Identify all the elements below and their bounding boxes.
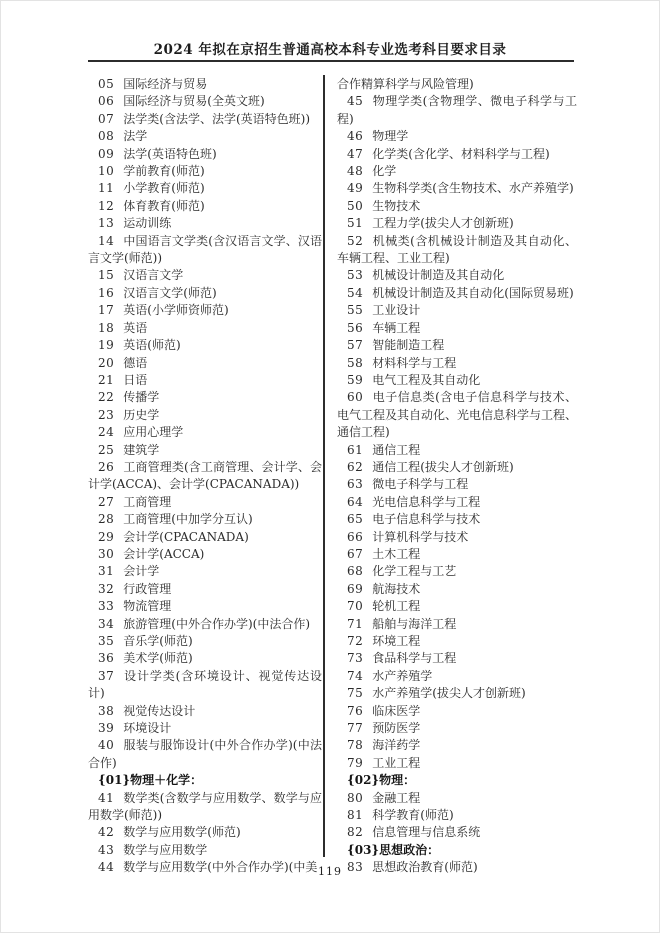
major-number: 05: [98, 77, 114, 91]
major-name: 服装与服饰设计(中外合作办学)(中法合作): [88, 738, 322, 769]
major-name: 汉语言文学: [123, 268, 183, 282]
major-item: 79工业工程: [337, 755, 577, 772]
major-item: 77预防医学: [337, 720, 577, 737]
major-item: 52机械类(含机械设计制造及其自动化、车辆工程、工业工程): [337, 233, 577, 268]
major-name: 会计学: [123, 564, 159, 578]
major-number: 50: [347, 199, 363, 213]
major-name: 国际经济与贸易: [123, 77, 207, 91]
major-item: 12体育教育(师范): [88, 198, 322, 215]
major-name: 海洋药学: [372, 738, 420, 752]
major-item: 14中国语言文学类(含汉语言文学、汉语言文学(师范)): [88, 233, 322, 268]
major-number: 29: [98, 530, 114, 544]
major-name: 微电子科学与工程: [372, 477, 468, 491]
major-name: 旅游管理(中外合作办学)(中法合作): [123, 617, 310, 631]
major-number: 34: [98, 617, 114, 631]
major-item: 74水产养殖学: [337, 668, 577, 685]
right-column: 合作精算科学与风险管理)45物理学类(含物理学、微电子科学与工程)46物理学47…: [337, 76, 577, 877]
major-item: 38视觉传达设计: [88, 703, 322, 720]
major-number: 60: [347, 390, 363, 404]
major-number: 49: [347, 181, 363, 195]
major-name: 工业设计: [372, 303, 420, 317]
major-item: 29会计学(CPACANADA): [88, 529, 322, 546]
major-item: 49生物科学类(含生物技术、水产养殖学): [337, 180, 577, 197]
major-name: 通信工程(拔尖人才创新班): [372, 460, 513, 474]
major-item: 13运动训练: [88, 215, 322, 232]
major-name: 建筑学: [123, 443, 159, 457]
major-number: 32: [98, 582, 114, 596]
major-number: 14: [98, 234, 114, 248]
major-item: 68化学工程与工艺: [337, 563, 577, 580]
major-number: 63: [347, 477, 363, 491]
major-name: 应用心理学: [123, 425, 183, 439]
major-number: 46: [347, 129, 363, 143]
major-name: 机械设计制造及其自动化: [372, 268, 504, 282]
major-number: 08: [98, 129, 114, 143]
major-item: 60电子信息类(含电子信息科学与技术、电气工程及其自动化、光电信息科学与工程、通…: [337, 389, 577, 441]
major-item: 56车辆工程: [337, 320, 577, 337]
major-item: 62通信工程(拔尖人才创新班): [337, 459, 577, 476]
major-number: 74: [347, 669, 363, 683]
major-name: 环境设计: [123, 721, 171, 735]
major-name: 科学教育(师范): [372, 808, 453, 822]
major-number: 38: [98, 704, 114, 718]
major-item: 41数学类(含数学与应用数学、数学与应用数学(师范)): [88, 790, 322, 825]
section-header: {03}思想政治：: [337, 842, 577, 859]
major-item: 81科学教育(师范): [337, 807, 577, 824]
major-number: 72: [347, 634, 363, 648]
major-number: 79: [347, 756, 363, 770]
major-item: 55工业设计: [337, 302, 577, 319]
major-number: 25: [98, 443, 114, 457]
major-item: 50生物技术: [337, 198, 577, 215]
major-name: 通信工程: [372, 443, 420, 457]
major-item: 78海洋药学: [337, 737, 577, 754]
major-item: 06国际经济与贸易(全英文班): [88, 93, 322, 110]
major-item: 75水产养殖学(拔尖人才创新班): [337, 685, 577, 702]
major-item: 20德语: [88, 355, 322, 372]
major-number: 47: [347, 147, 363, 161]
major-name: 汉语言文学(师范): [123, 286, 216, 300]
major-name: 学前教育(师范): [123, 164, 204, 178]
major-number: 17: [98, 303, 114, 317]
major-name: 环境工程: [372, 634, 420, 648]
major-item: 72环境工程: [337, 633, 577, 650]
major-item: 28工商管理(中加学分互认): [88, 511, 322, 528]
major-number: 58: [347, 356, 363, 370]
major-name: 法学: [123, 129, 147, 143]
major-number: 51: [347, 216, 363, 230]
major-number: 27: [98, 495, 114, 509]
major-name: 日语: [123, 373, 147, 387]
major-item: 47化学类(含化学、材料科学与工程): [337, 146, 577, 163]
major-number: 82: [347, 825, 363, 839]
major-number: 10: [98, 164, 114, 178]
major-name: 水产养殖学: [372, 669, 432, 683]
major-name: 机械类(含机械设计制造及其自动化、车辆工程、工业工程): [337, 234, 577, 265]
major-number: 65: [347, 512, 363, 526]
major-name: 金融工程: [372, 791, 420, 805]
major-name: 电气工程及其自动化: [372, 373, 480, 387]
major-number: 28: [98, 512, 114, 526]
major-name: 会计学(CPACANADA): [123, 530, 249, 544]
major-name: 机械设计制造及其自动化(国际贸易班): [372, 286, 573, 300]
major-item: 30会计学(ACCA): [88, 546, 322, 563]
major-name: 预防医学: [372, 721, 420, 735]
major-number: 16: [98, 286, 114, 300]
major-number: 73: [347, 651, 363, 665]
major-name: 生物科学类(含生物技术、水产养殖学): [372, 181, 573, 195]
major-name: 法学(英语特色班): [123, 147, 216, 161]
major-name: 工商管理(中加学分互认): [123, 512, 252, 526]
major-item: 23历史学: [88, 407, 322, 424]
major-item: 24应用心理学: [88, 424, 322, 441]
major-item: 09法学(英语特色班): [88, 146, 322, 163]
major-name: 船舶与海洋工程: [372, 617, 456, 631]
major-item: 35音乐学(师范): [88, 633, 322, 650]
column-divider: [323, 75, 325, 857]
major-number: 36: [98, 651, 114, 665]
major-number: 20: [98, 356, 114, 370]
major-number: 11: [98, 181, 114, 195]
major-item: 16汉语言文学(师范): [88, 285, 322, 302]
major-number: 22: [98, 390, 114, 404]
major-number: 33: [98, 599, 114, 613]
major-number: 48: [347, 164, 363, 178]
major-item: 40服装与服饰设计(中外合作办学)(中法合作): [88, 737, 322, 772]
major-number: 66: [347, 530, 363, 544]
major-name: 运动训练: [123, 216, 171, 230]
major-number: 15: [98, 268, 114, 282]
major-item: 46物理学: [337, 128, 577, 145]
major-item: 70轮机工程: [337, 598, 577, 615]
major-number: 09: [98, 147, 114, 161]
major-number: 80: [347, 791, 363, 805]
major-name: 物理学类(含物理学、微电子科学与工程): [337, 94, 577, 125]
major-item: 59电气工程及其自动化: [337, 372, 577, 389]
major-number: 26: [98, 460, 114, 474]
major-number: 31: [98, 564, 114, 578]
major-item: 69航海技术: [337, 581, 577, 598]
major-item: 36美术学(师范): [88, 650, 322, 667]
major-name: 临床医学: [372, 704, 420, 718]
major-item: 18英语: [88, 320, 322, 337]
major-number: 68: [347, 564, 363, 578]
major-item: 07法学类(含法学、法学(英语特色班)): [88, 111, 322, 128]
major-item: 67土木工程: [337, 546, 577, 563]
major-name: 物理学: [372, 129, 408, 143]
major-number: 54: [347, 286, 363, 300]
major-name: 工程力学(拔尖人才创新班): [372, 216, 513, 230]
major-number: 39: [98, 721, 114, 735]
major-item: 19英语(师范): [88, 337, 322, 354]
major-number: 23: [98, 408, 114, 422]
major-item: 53机械设计制造及其自动化: [337, 267, 577, 284]
major-name: 土木工程: [372, 547, 420, 561]
major-number: 53: [347, 268, 363, 282]
major-name: 工商管理类(含工商管理、会计学、会计学(ACCA)、会计学(CPACANADA)…: [88, 460, 322, 491]
major-name: 电子信息类(含电子信息科学与技术、电气工程及其自动化、光电信息科学与工程、通信工…: [337, 390, 577, 439]
major-name: 化学类(含化学、材料科学与工程): [372, 147, 549, 161]
major-item: 63微电子科学与工程: [337, 476, 577, 493]
major-item: 51工程力学(拔尖人才创新班): [337, 215, 577, 232]
major-name: 设计学类(含环境设计、视觉传达设计): [88, 669, 322, 700]
major-number: 18: [98, 321, 114, 335]
major-number: 42: [98, 825, 114, 839]
major-item: 22传播学: [88, 389, 322, 406]
major-name: 音乐学(师范): [123, 634, 192, 648]
major-number: 40: [98, 738, 114, 752]
major-name: 数学与应用数学(师范): [123, 825, 240, 839]
major-name: 小学教育(师范): [123, 181, 204, 195]
major-item: 80金融工程: [337, 790, 577, 807]
major-item: 34旅游管理(中外合作办学)(中法合作): [88, 616, 322, 633]
major-number: 37: [98, 669, 114, 683]
major-item: 54机械设计制造及其自动化(国际贸易班): [337, 285, 577, 302]
major-number: 57: [347, 338, 363, 352]
major-name: 视觉传达设计: [123, 704, 195, 718]
major-item: 66计算机科学与技术: [337, 529, 577, 546]
major-number: 30: [98, 547, 114, 561]
major-number: 67: [347, 547, 363, 561]
major-item: 21日语: [88, 372, 322, 389]
major-item: 76临床医学: [337, 703, 577, 720]
major-name: 材料科学与工程: [372, 356, 456, 370]
major-name: 光电信息科学与工程: [372, 495, 480, 509]
major-name: 传播学: [123, 390, 159, 404]
major-number: 76: [347, 704, 363, 718]
major-name: 航海技术: [372, 582, 420, 596]
section-header: {02}物理：: [337, 772, 577, 789]
major-name: 行政管理: [123, 582, 171, 596]
major-item: 10学前教育(师范): [88, 163, 322, 180]
major-number: 43: [98, 843, 114, 857]
major-name: 法学类(含法学、法学(英语特色班)): [123, 112, 310, 126]
major-item: 15汉语言文学: [88, 267, 322, 284]
major-name: 英语(师范): [123, 338, 180, 352]
major-number: 81: [347, 808, 363, 822]
major-number: 13: [98, 216, 114, 230]
major-name: 数学类(含数学与应用数学、数学与应用数学(师范)): [88, 791, 322, 822]
major-item: 17英语(小学师资师范): [88, 302, 322, 319]
major-number: 35: [98, 634, 114, 648]
major-name: 数学与应用数学: [123, 843, 207, 857]
major-number: 41: [98, 791, 114, 805]
major-name: 工业工程: [372, 756, 420, 770]
major-item: 45物理学类(含物理学、微电子科学与工程): [337, 93, 577, 128]
major-item: 57智能制造工程: [337, 337, 577, 354]
document-page: 2024 年拟在京招生普通高校本科专业选考科目要求目录 05国际经济与贸易06国…: [0, 0, 660, 933]
major-name: 德语: [123, 356, 147, 370]
major-number: 52: [347, 234, 363, 248]
major-item: 37设计学类(含环境设计、视觉传达设计): [88, 668, 322, 703]
major-name: 生物技术: [372, 199, 420, 213]
major-number: 55: [347, 303, 363, 317]
major-number: 45: [347, 94, 363, 108]
major-item: 61通信工程: [337, 442, 577, 459]
major-name: 信息管理与信息系统: [372, 825, 480, 839]
major-name: 体育教育(师范): [123, 199, 204, 213]
major-item: 25建筑学: [88, 442, 322, 459]
major-number: 56: [347, 321, 363, 335]
major-item: 05国际经济与贸易: [88, 76, 322, 93]
major-item: 65电子信息科学与技术: [337, 511, 577, 528]
major-name: 计算机科学与技术: [372, 530, 468, 544]
major-item: 71船舶与海洋工程: [337, 616, 577, 633]
major-item: 82信息管理与信息系统: [337, 824, 577, 841]
major-number: 64: [347, 495, 363, 509]
item-continuation: 合作精算科学与风险管理): [337, 76, 577, 93]
major-item: 26工商管理类(含工商管理、会计学、会计学(ACCA)、会计学(CPACANAD…: [88, 459, 322, 494]
major-number: 12: [98, 199, 114, 213]
major-name: 食品科学与工程: [372, 651, 456, 665]
major-item: 73食品科学与工程: [337, 650, 577, 667]
major-number: 70: [347, 599, 363, 613]
major-item: 11小学教育(师范): [88, 180, 322, 197]
major-number: 77: [347, 721, 363, 735]
major-name: 美术学(师范): [123, 651, 192, 665]
major-number: 71: [347, 617, 363, 631]
major-number: 07: [98, 112, 114, 126]
major-item: 08法学: [88, 128, 322, 145]
major-name: 智能制造工程: [372, 338, 444, 352]
major-number: 06: [98, 94, 114, 108]
major-number: 24: [98, 425, 114, 439]
major-number: 69: [347, 582, 363, 596]
major-number: 78: [347, 738, 363, 752]
left-column: 05国际经济与贸易06国际经济与贸易(全英文班)07法学类(含法学、法学(英语特…: [88, 76, 322, 877]
title-rule: [88, 60, 574, 62]
major-name: 化学工程与工艺: [372, 564, 456, 578]
major-number: 62: [347, 460, 363, 474]
major-number: 75: [347, 686, 363, 700]
major-name: 车辆工程: [372, 321, 420, 335]
major-item: 31会计学: [88, 563, 322, 580]
major-name: 电子信息科学与技术: [372, 512, 480, 526]
major-number: 59: [347, 373, 363, 387]
major-item: 58材料科学与工程: [337, 355, 577, 372]
major-name: 会计学(ACCA): [123, 547, 204, 561]
major-item: 48化学: [337, 163, 577, 180]
major-item: 39环境设计: [88, 720, 322, 737]
major-item: 33物流管理: [88, 598, 322, 615]
major-item: 32行政管理: [88, 581, 322, 598]
major-item: 43数学与应用数学: [88, 842, 322, 859]
major-item: 27工商管理: [88, 494, 322, 511]
page-number: 119: [1, 865, 659, 878]
major-name: 英语(小学师资师范): [123, 303, 228, 317]
major-name: 中国语言文学类(含汉语言文学、汉语言文学(师范)): [88, 234, 322, 265]
major-item: 64光电信息科学与工程: [337, 494, 577, 511]
major-name: 物流管理: [123, 599, 171, 613]
page-title: 2024 年拟在京招生普通高校本科专业选考科目要求目录: [1, 38, 659, 58]
major-name: 工商管理: [123, 495, 171, 509]
major-number: 19: [98, 338, 114, 352]
major-name: 化学: [372, 164, 396, 178]
major-name: 轮机工程: [372, 599, 420, 613]
major-name: 国际经济与贸易(全英文班): [123, 94, 264, 108]
section-header: {01}物理＋化学：: [88, 772, 322, 789]
major-name: 历史学: [123, 408, 159, 422]
major-item: 42数学与应用数学(师范): [88, 824, 322, 841]
major-number: 61: [347, 443, 363, 457]
major-name: 水产养殖学(拔尖人才创新班): [372, 686, 525, 700]
major-number: 21: [98, 373, 114, 387]
major-name: 英语: [123, 321, 147, 335]
